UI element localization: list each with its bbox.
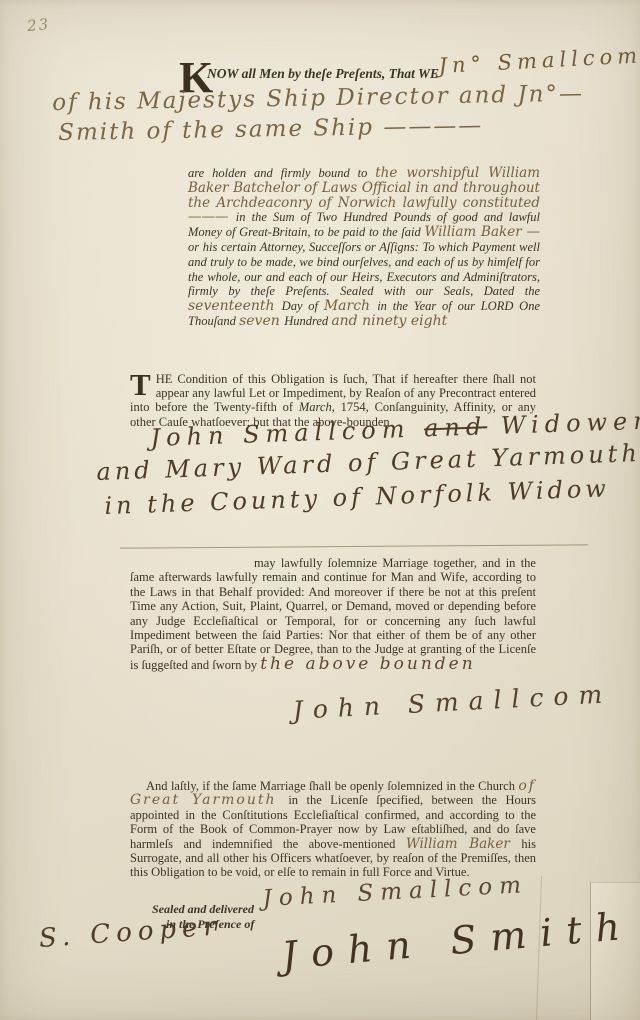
marriage-paragraph: may lawfully ſolemnize Marriage together… <box>130 556 536 672</box>
surrogate-name-hand: William Baker <box>406 836 522 852</box>
opening-clause: NOW all Men by theſe Preſents, That WE <box>207 66 439 82</box>
paper-fold-corner <box>590 882 640 1020</box>
obligor-description-line: of his Majestys Ship Director and Jn°— <box>52 81 584 116</box>
smallcom-oath-signature: John Smallcom <box>292 679 613 725</box>
lastly-paragraph: And laſtly, if the ſame Marriage ſhall b… <box>130 779 536 880</box>
obligor-name-inline: Jn° Smallcom <box>438 43 640 78</box>
cooper-witness-signature: S. Cooper <box>38 911 223 954</box>
smith-signature: John Smith <box>280 903 636 978</box>
bond-paragraph: are holden and firmly bound to the worsh… <box>188 166 540 329</box>
page-number: 23 <box>26 15 51 35</box>
document-page: 23 K NOW all Men by theſe Preſents, That… <box>0 0 640 1020</box>
bond-print-1: are holden and firmly bound to <box>188 166 375 180</box>
bond-print-6: Hundred <box>284 314 331 328</box>
obligor-description-line2: Smith of the same Ship ———— <box>58 113 484 146</box>
bond-print-4: Day of <box>282 299 324 313</box>
condition-march-italic: March <box>299 400 332 414</box>
obligee-name: William Baker — <box>424 224 540 240</box>
bond-year-hundreds: seven <box>239 313 284 329</box>
section-divider <box>120 544 588 548</box>
sworn-by-hand: the above bounden <box>260 654 475 674</box>
bond-day: seventeenth <box>188 298 282 314</box>
bond-print-3: or his certain Attorney, Succeſſors or A… <box>188 240 540 298</box>
bond-year-rest: and ninety eight <box>331 313 447 329</box>
groom-status: Widower <box>487 407 640 441</box>
dropcap-T: T <box>130 372 156 399</box>
struck-word: and <box>424 412 488 442</box>
bond-month: March <box>324 298 377 314</box>
lastly-print-1: And laſtly, if the ſame Marriage ſhall b… <box>146 779 518 793</box>
